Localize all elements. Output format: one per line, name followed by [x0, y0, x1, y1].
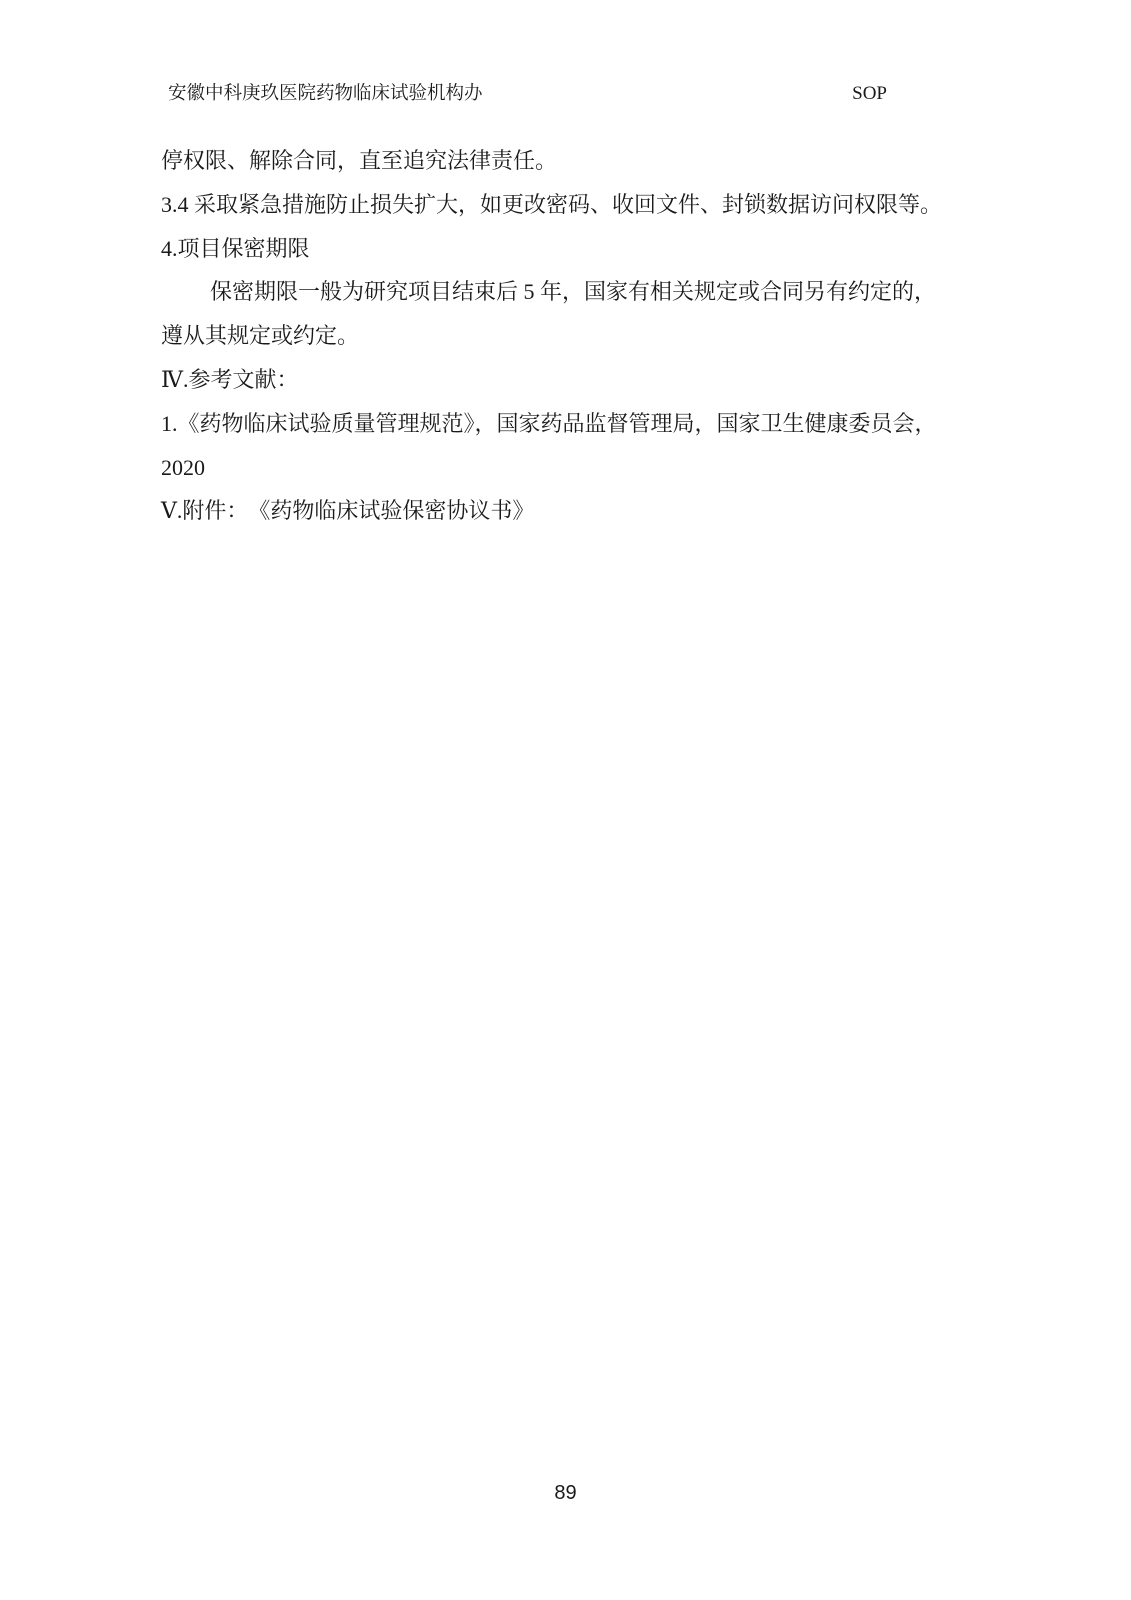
document-page: 安徽中科庚玖医院药物临床试验机构办 SOP 停权限、解除合同，直至追究法律责任。… [0, 0, 1131, 1600]
header-organization-title: 安徽中科庚玖医院药物临床试验机构办 [168, 84, 483, 104]
body-line-section-4-heading: 4.项目保密期限 [161, 227, 973, 271]
body-line-references-heading: Ⅳ.参考文献： [161, 358, 973, 402]
page-header: 安徽中科庚玖医院药物临床试验机构办 SOP [168, 84, 887, 104]
body-line-attachment: Ⅴ.附件： 《药物临床试验保密协议书》 [161, 489, 973, 533]
page-number-value: 89 [554, 1482, 576, 1504]
body-line-reference-year: 2020 [161, 446, 973, 490]
document-body: 停权限、解除合同，直至追究法律责任。 3.4 采取紧急措施防止损失扩大，如更改密… [161, 139, 973, 533]
body-line-continuation: 停权限、解除合同，直至追究法律责任。 [161, 139, 973, 183]
body-line-reference-1: 1.《药物临床试验质量管理规范》，国家药品监督管理局，国家卫生健康委员会， [161, 402, 973, 446]
header-sop-label: SOP [852, 84, 887, 104]
body-line-clause-3-4: 3.4 采取紧急措施防止损失扩大，如更改密码、收回文件、封锁数据访问权限等。 [161, 183, 973, 227]
body-line-confidentiality-term: 保密期限一般为研究项目结束后 5 年，国家有相关规定或合同另有约定的， [161, 270, 973, 314]
body-line-confidentiality-term-continuation: 遵从其规定或约定。 [161, 314, 973, 358]
page-number: 89 [0, 1482, 1131, 1505]
